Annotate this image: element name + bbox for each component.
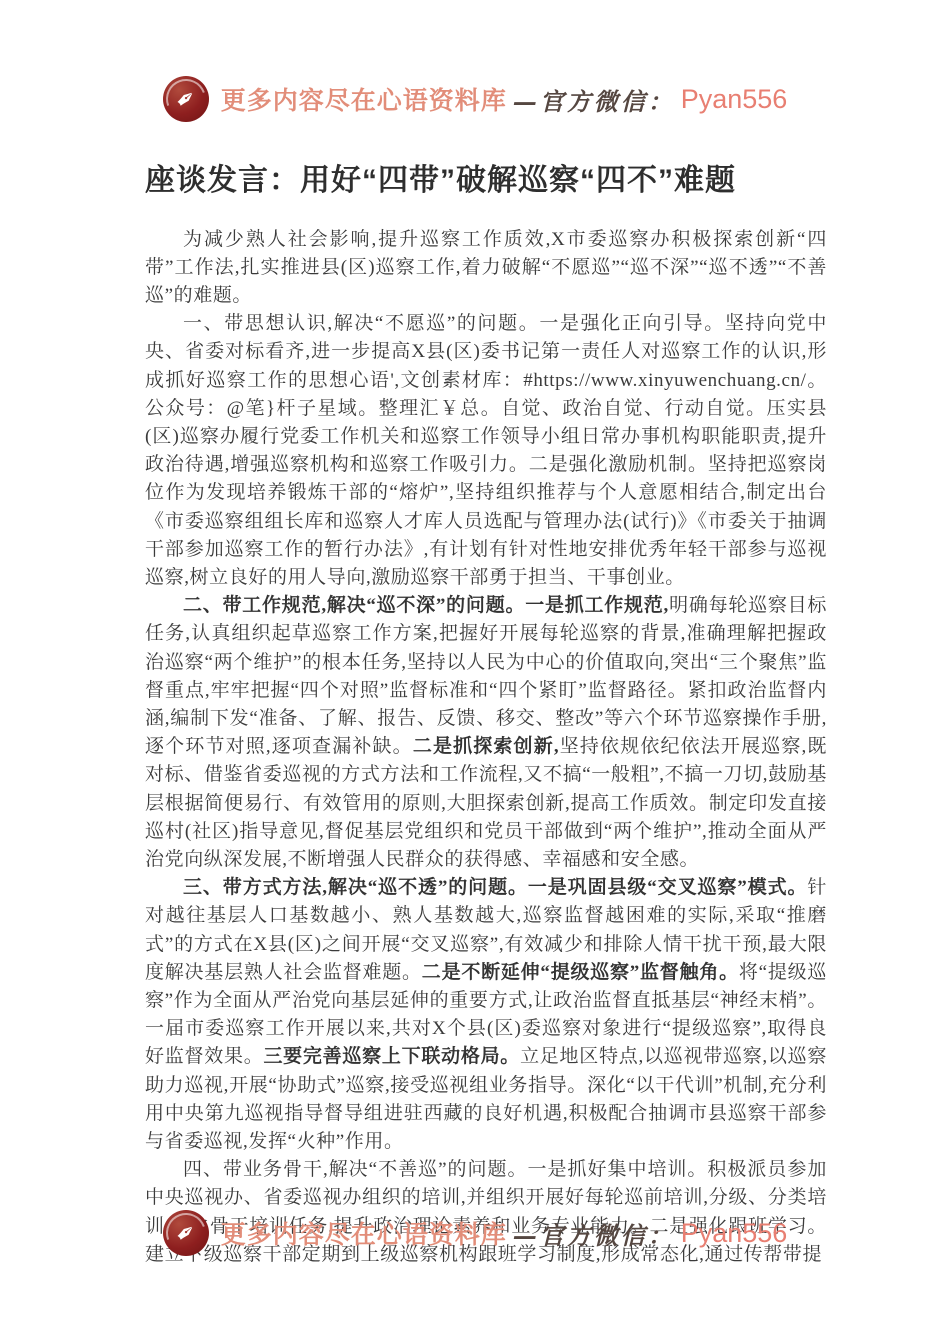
paragraph: 一、带思想认识,解决“不愿巡”的问题。一是强化正向引导。坚持向党中央、省委对标看…: [145, 310, 827, 592]
pen-nib-icon: ✒: [170, 1217, 201, 1248]
footer-brand-text: 更多内容尽在心语资料库: [221, 1215, 507, 1251]
text-segment: 为减少熟人社会影响,提升巡察工作质效,X市委巡察办积极探索创新“四带”工作法,扎…: [145, 229, 827, 306]
text-segment: 二、带工作规范,解决“巡不深”的问题。一是抓工作规范,: [183, 595, 669, 616]
footer-watermark: ✒ 更多内容尽在心语资料库 —官方微信： Pyan556: [0, 1210, 950, 1256]
text-segment: 二是抓探索创新,: [413, 736, 559, 757]
pen-logo-icon: ✒: [163, 1210, 209, 1256]
page-title: 座谈发言：用好“四带”破解巡察“四不”难题: [145, 162, 827, 200]
paragraph: 二、带工作规范,解决“巡不深”的问题。一是抓工作规范,明确每轮巡察目标任务,认真…: [145, 592, 827, 874]
footer-wechat-id: Pyan556: [681, 1218, 788, 1249]
header-wechat-id: Pyan556: [681, 84, 788, 115]
header-wechat-label: —官方微信：: [513, 82, 675, 117]
text-segment: 一、带思想认识,解决“不愿巡”的问题。一是强化正向引导。坚持向党中央、省委对标看…: [145, 313, 827, 588]
paragraph: 为减少熟人社会影响,提升巡察工作质效,X市委巡察办积极探索创新“四带”工作法,扎…: [145, 226, 827, 311]
header-brand-text: 更多内容尽在心语资料库: [221, 81, 507, 117]
text-segment: 三、带方式方法,解决“巡不透”的问题。一是巩固县级“交叉巡察”模式。: [183, 877, 807, 898]
pen-logo-icon: ✒: [163, 76, 209, 122]
pen-nib-icon: ✒: [170, 83, 201, 114]
document-content: 座谈发言：用好“四带”破解巡察“四不”难题 为减少熟人社会影响,提升巡察工作质效…: [145, 162, 827, 1269]
document-page: ✒ 更多内容尽在心语资料库 —官方微信： Pyan556 座谈发言：用好“四带”…: [0, 0, 950, 1344]
text-segment: 三要完善巡察上下联动格局。: [263, 1046, 520, 1067]
article-body: 为减少熟人社会影响,提升巡察工作质效,X市委巡察办积极探索创新“四带”工作法,扎…: [145, 226, 827, 1270]
header-watermark: ✒ 更多内容尽在心语资料库 —官方微信： Pyan556: [0, 0, 950, 122]
paragraph: 三、带方式方法,解决“巡不透”的问题。一是巩固县级“交叉巡察”模式。针对越往基层…: [145, 874, 827, 1156]
text-segment: 二是不断延伸“提级巡察”监督触角。: [422, 962, 739, 983]
footer-wechat-label: —官方微信：: [513, 1216, 675, 1251]
text-segment: 明确每轮巡察目标任务,认真组织起草巡察工作方案,把握好开展每轮巡察的背景,准确理…: [145, 595, 827, 757]
